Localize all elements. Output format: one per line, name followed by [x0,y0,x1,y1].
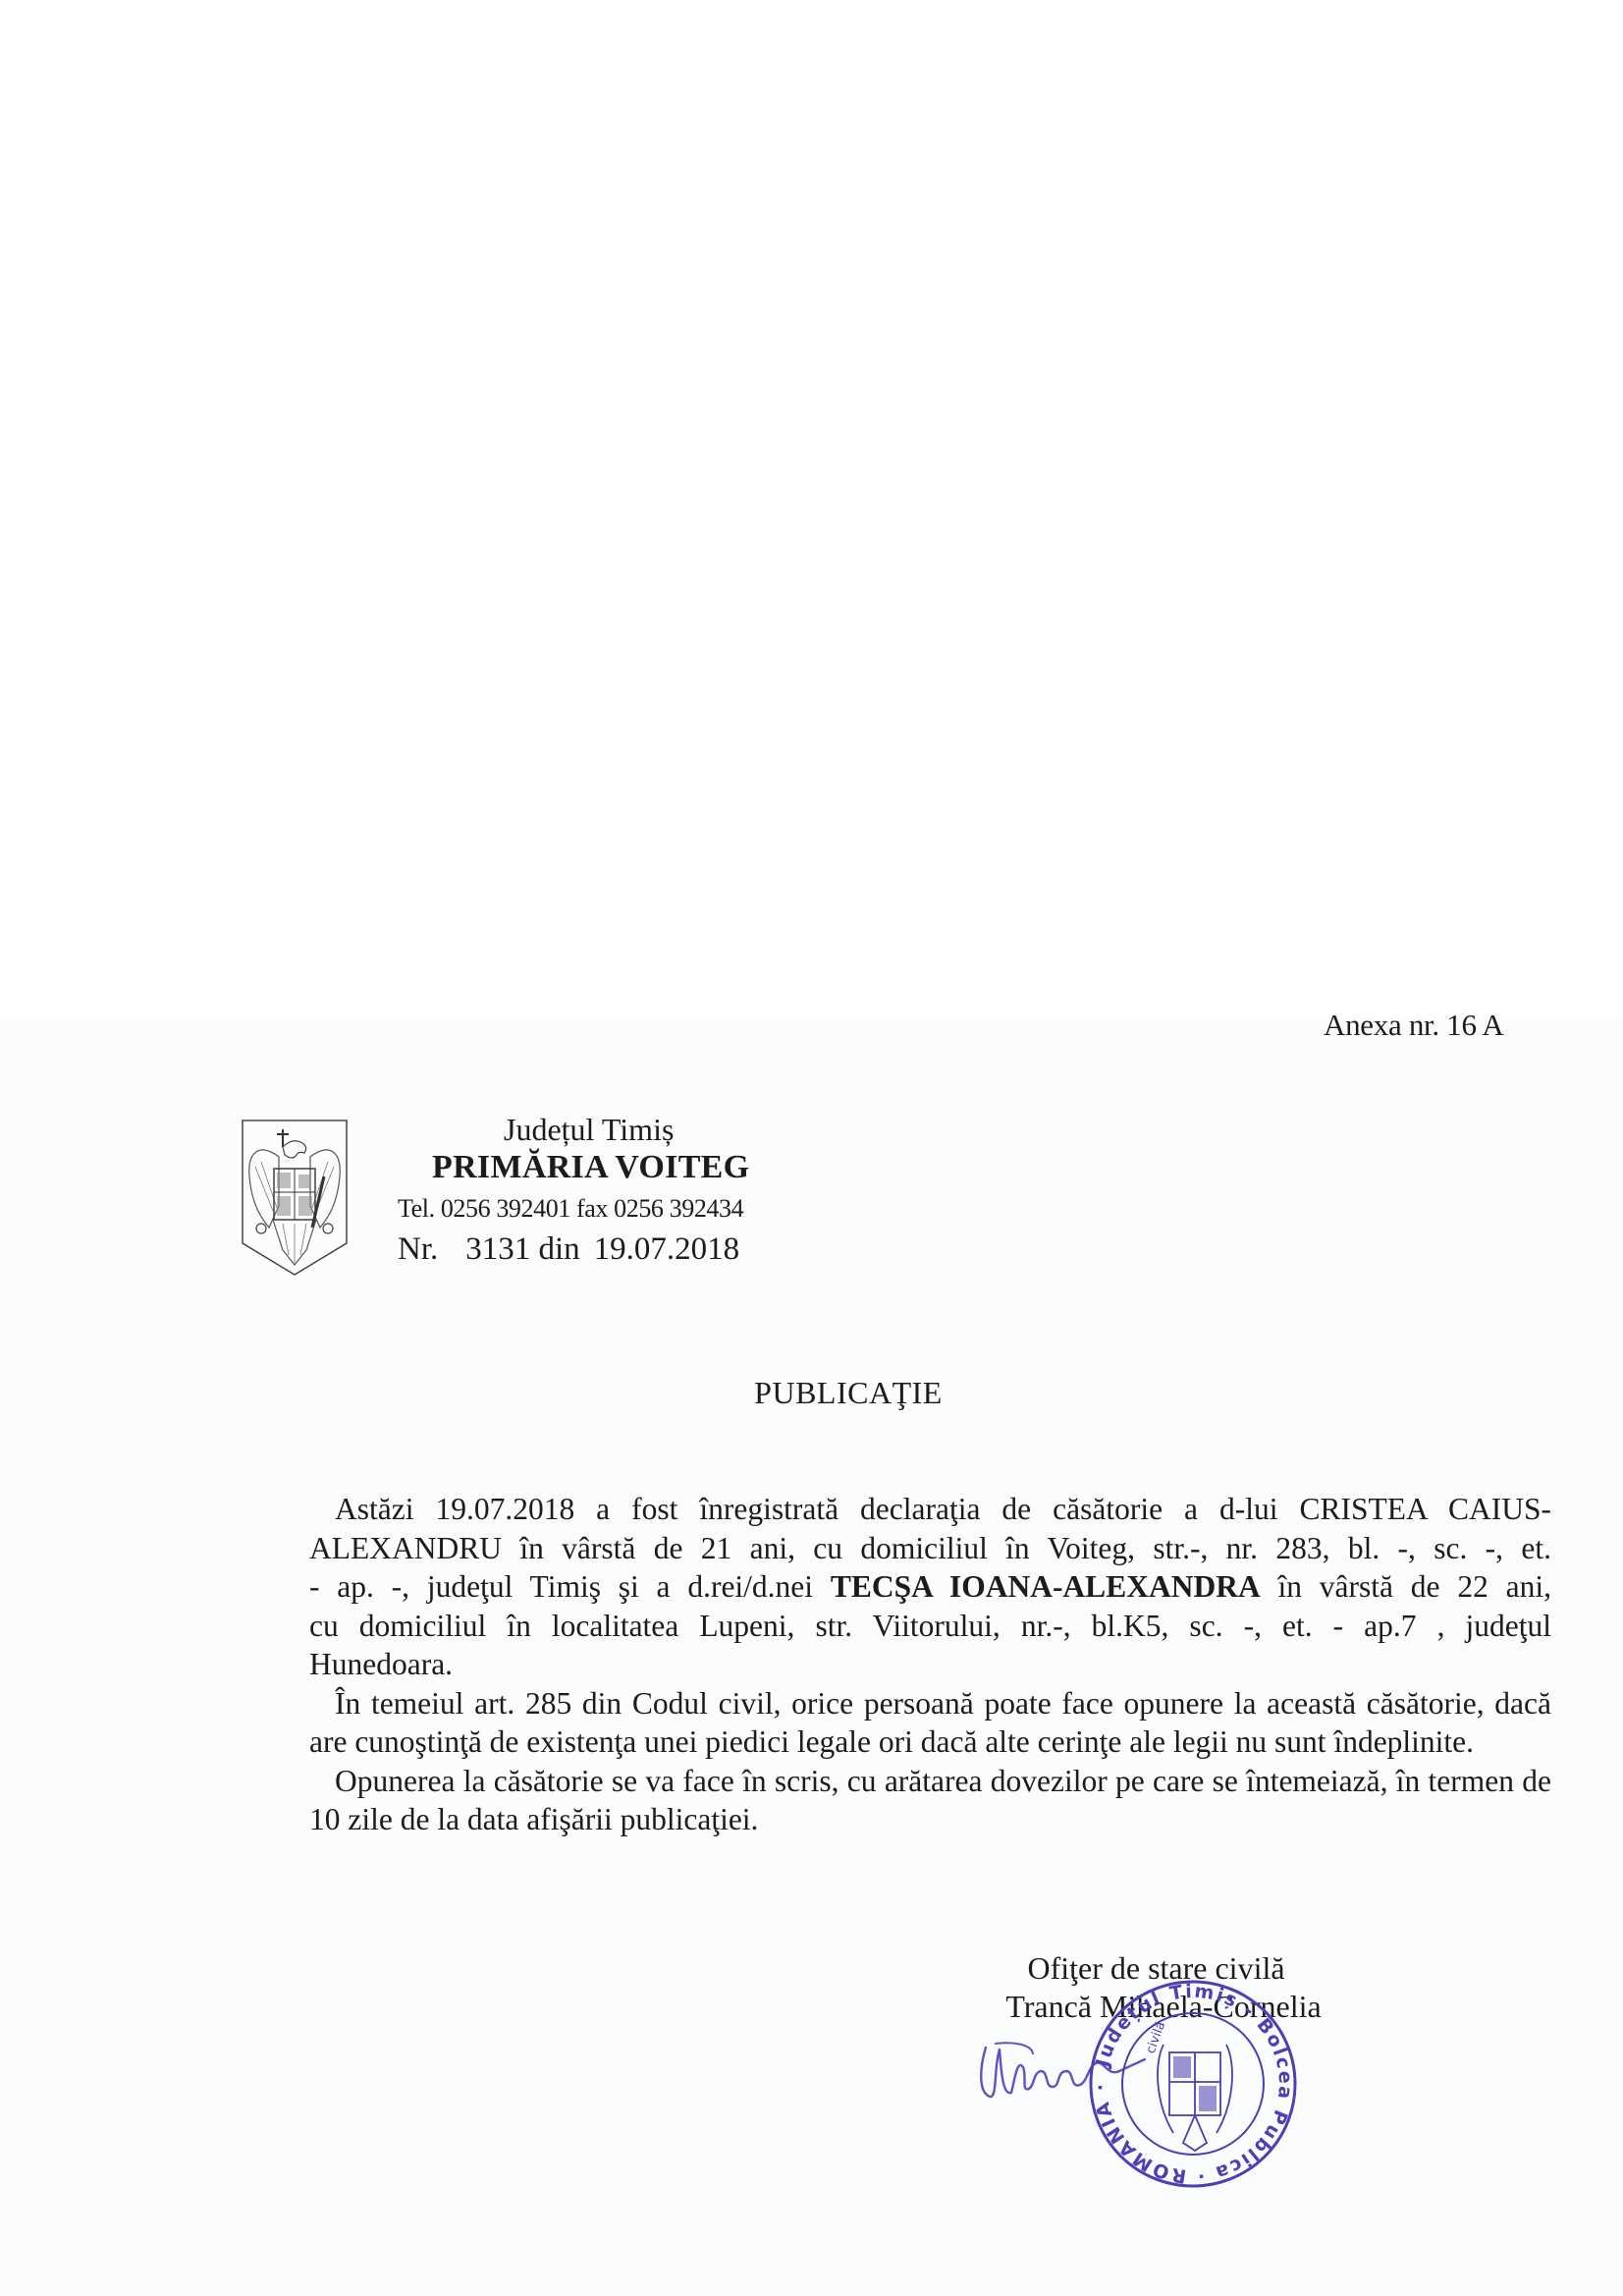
registration-prefix: Nr. [398,1231,438,1267]
paragraph-declaration: Astăzi 19.07.2018 a fost înregistrată de… [309,1490,1551,1684]
official-stamp-icon: Județul Timiș - Bolcea Publica · ROMÂNIA… [1085,1976,1301,2192]
county-name: Județul Timiș [504,1112,674,1148]
document-body: Astăzi 19.07.2018 a fost înregistrată de… [309,1490,1551,1839]
institution-name: PRIMĂRIA VOITEG [432,1149,749,1186]
document-page: Anexa nr. 16 A Județul Timiș PRIMĂRIA VO… [0,0,1623,2296]
paragraph-legal-basis: În temeiul art. 285 din Codul civil, ori… [309,1684,1551,1762]
registration-date: 19.07.2018 [594,1231,740,1267]
legal-basis-text: În temeiul art. 285 din Codul civil, ori… [309,1686,1551,1760]
annex-label: Anexa nr. 16 A [1324,1008,1504,1043]
registration-number: Nr.3131 din19.07.2018 [398,1231,739,1268]
registration-din: din [539,1231,580,1267]
svg-text:civilă: civilă [1144,2020,1169,2056]
document-title: PUBLICAŢIE [0,1375,1623,1411]
romanian-coat-of-arms-icon [240,1118,350,1278]
opposition-text: Opunerea la căsătorie se va face în scri… [309,1764,1551,1837]
registration-number-value: 3131 [465,1231,530,1267]
paragraph-opposition: Opunerea la căsătorie se va face în scri… [309,1762,1551,1839]
contact-info: Tel. 0256 392401 fax 0256 392434 [398,1194,743,1224]
bride-name: TECŞA IOANA-ALEXANDRA [831,1569,1261,1604]
svg-text:Județul Timiș - Bolcea Publica: Județul Timiș - Bolcea Publica · ROMÂNIA… [1090,1980,1296,2187]
